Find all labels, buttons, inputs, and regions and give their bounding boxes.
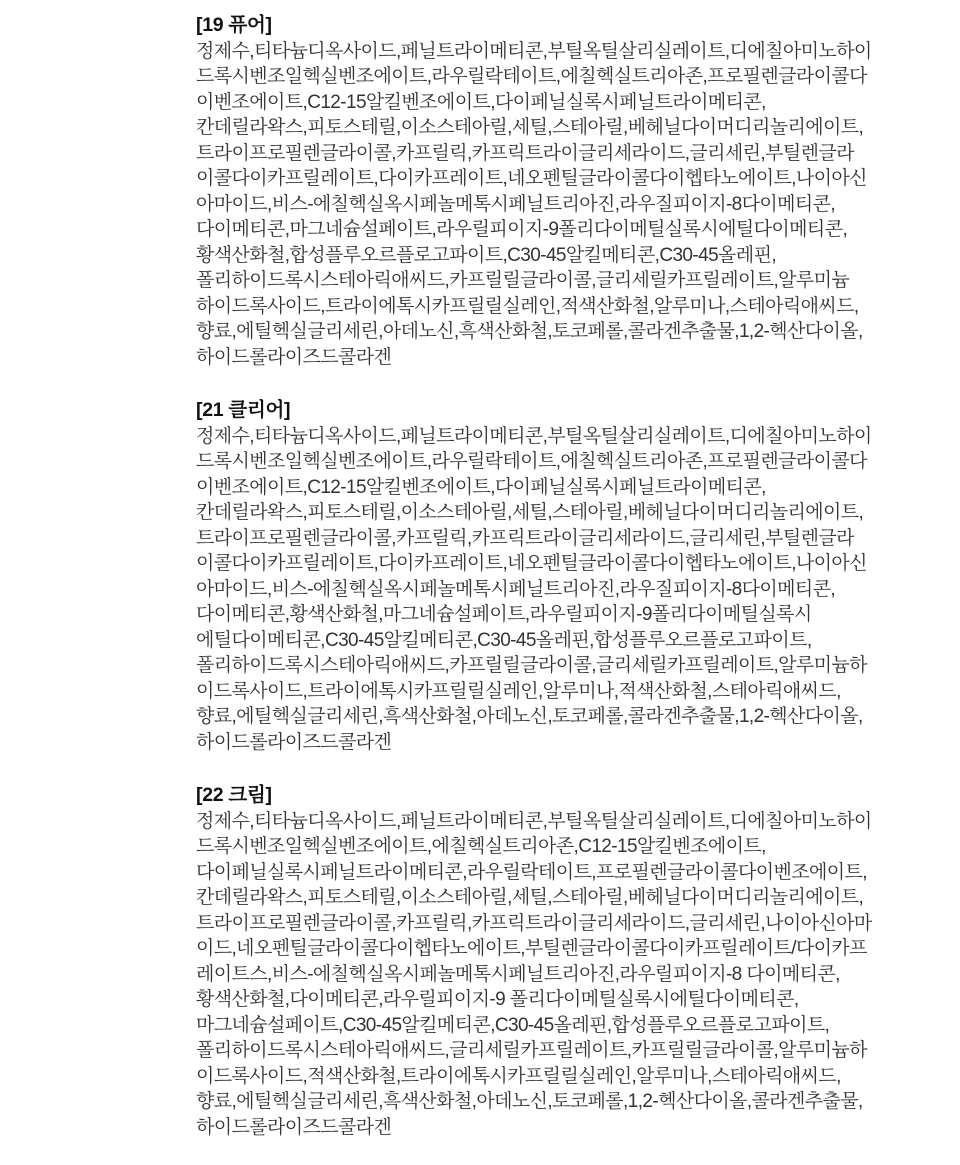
ingredient-line: 향료,에틸헥실글리세린,흑색산화철,아데노신,토코페롤,콜라겐추출물,1,2-헥… xyxy=(196,704,948,730)
ingredient-paragraph: 정제수,티타늄디옥사이드,페닐트라이메티콘,부틸옥틸살리실레이트,디에칠아미노하… xyxy=(196,39,948,371)
ingredient-line: 하이드롤라이즈드콜라겐 xyxy=(196,1115,948,1141)
ingredient-line: 트라이프로필렌글라이콜,카프릴릭,카프릭트라이글리세라이드,글리세린,부틸렌글라 xyxy=(196,526,948,552)
ingredient-line: 정제수,티타늄디옥사이드,페닐트라이메티콘,부틸옥틸살리실레이트,디에칠아미노하… xyxy=(196,809,948,835)
ingredient-paragraph: 정제수,티타늄디옥사이드,페닐트라이메티콘,부틸옥틸살리실레이트,디에칠아미노하… xyxy=(196,809,948,1141)
product-section: [21 클리어] 정제수,티타늄디옥사이드,페닐트라이메티콘,부틸옥틸살리실레이… xyxy=(196,398,948,755)
ingredient-line: 황색산화철,다이메티콘,라우릴피이지-9 폴리다이메틸실록시에틸다이메티콘, xyxy=(196,987,948,1013)
ingredient-paragraph: 정제수,티타늄디옥사이드,페닐트라이메티콘,부틸옥틸살리실레이트,디에칠아미노하… xyxy=(196,424,948,756)
ingredient-line: 다이메티콘,황색산화철,마그네슘설페이트,라우릴피이지-9폴리다이메틸실록시 xyxy=(196,602,948,628)
product-section: [19 퓨어] 정제수,티타늄디옥사이드,페닐트라이메티콘,부틸옥틸살리실레이트… xyxy=(196,13,948,370)
ingredient-line: 다이메티콘,마그네슘설페이트,라우릴피이지-9폴리다이메틸실록시에틸다이메티콘, xyxy=(196,217,948,243)
ingredient-line: 정제수,티타늄디옥사이드,페닐트라이메티콘,부틸옥틸살리실레이트,디에칠아미노하… xyxy=(196,424,948,450)
ingredient-sections: [19 퓨어] 정제수,티타늄디옥사이드,페닐트라이메티콘,부틸옥틸살리실레이트… xyxy=(196,13,948,1140)
ingredient-line: 이벤조에이트,C12-15알킬벤조에이트,다이페닐실록시페닐트라이메티콘, xyxy=(196,475,948,501)
ingredient-line: 드록시벤조일헥실벤조에이트,라우릴락테이트,에칠헥실트리아존,프로필렌글라이콜다 xyxy=(196,449,948,475)
ingredient-line: 트라이프로필렌글라이콜,카프릴릭,카프릭트라이글리세라이드,글리세린,나이아신아… xyxy=(196,911,948,937)
ingredient-line: 이벤조에이트,C12-15알킬벤조에이트,다이페닐실록시페닐트라이메티콘, xyxy=(196,90,948,116)
ingredient-line: 정제수,티타늄디옥사이드,페닐트라이메티콘,부틸옥틸살리실레이트,디에칠아미노하… xyxy=(196,39,948,65)
ingredient-line: 드록시벤조일헥실벤조에이트,에칠헥실트리아존,C12-15알킬벤조에이트, xyxy=(196,834,948,860)
ingredient-line: 아마이드,비스-에칠헥실옥시페놀메톡시페닐트리아진,라우질피이지-8다이메티콘, xyxy=(196,577,948,603)
ingredient-line: 폴리하이드록시스테아릭애씨드,카프릴릴글라이콜,글리세릴카프릴레이트,알루미늄하 xyxy=(196,653,948,679)
ingredient-line: 향료,에틸헥실글리세린,흑색산화철,아데노신,토코페롤,1,2-헥산다이올,콜라… xyxy=(196,1089,948,1115)
ingredient-line: 다이페닐실록시페닐트라이메티콘,라우릴락테이트,프로필렌글라이콜다이벤조에이트, xyxy=(196,860,948,886)
ingredient-line: 칸데릴라왁스,피토스테릴,이소스테아릴,세틸,스테아릴,베헤닐다이머디리놀리에이… xyxy=(196,115,948,141)
ingredient-line: 아마이드,비스-에칠헥실옥시페놀메톡시페닐트리아진,라우질피이지-8다이메티콘, xyxy=(196,192,948,218)
ingredient-line: 이콜다이카프릴레이트,다이카프레이트,네오펜틸글라이콜다이헵타노에이트,나이아신 xyxy=(196,166,948,192)
ingredient-line: 하이드롤라이즈드콜라겐 xyxy=(196,345,948,371)
ingredient-info: [19 퓨어] 정제수,티타늄디옥사이드,페닐트라이메티콘,부틸옥틸살리실레이트… xyxy=(196,13,948,1165)
ingredient-line: 칸데릴라왁스,피토스테릴,이소스테아릴,세틸,스테아릴,베헤닐다이머디리놀리에이… xyxy=(196,500,948,526)
product-section-header: [21 클리어] xyxy=(196,398,948,424)
ingredient-line: 향료,에틸헥실글리세린,아데노신,흑색산화철,토코페롤,콜라겐추출물,1,2-헥… xyxy=(196,319,948,345)
ingredient-line: 트라이프로필렌글라이콜,카프릴릭,카프릭트라이글리세라이드,글리세린,부틸렌글라 xyxy=(196,141,948,167)
ingredient-line: 이드록사이드,적색산화철,트라이에톡시카프릴릴실레인,알루미나,스테아릭애씨드, xyxy=(196,1064,948,1090)
product-section: [22 크림] 정제수,티타늄디옥사이드,페닐트라이메티콘,부틸옥틸살리실레이트… xyxy=(196,783,948,1140)
ingredient-line: 폴리하이드록시스테아릭애씨드,글리세릴카프릴레이트,카프릴릴글라이콜,알루미늄하 xyxy=(196,1038,948,1064)
ingredient-line: 레이트스,비스-에칠헥실옥시페놀메톡시페닐트리아진,라우릴피이지-8 다이메티콘… xyxy=(196,962,948,988)
ingredient-line: 하이드록사이드,트라이에톡시카프릴릴실레인,적색산화철,알루미나,스테아릭애씨드… xyxy=(196,294,948,320)
ingredient-line: 이드록사이드,트라이에톡시카프릴릴실레인,알루미나,적색산화철,스테아릭애씨드, xyxy=(196,679,948,705)
ingredient-line: 이드,네오펜틸글라이콜다이헵타노에이트,부틸렌글라이콜다이카프릴레이트/다이카프 xyxy=(196,936,948,962)
ingredient-line: 마그네슘설페이트,C30-45알킬메티콘,C30-45올레핀,합성플루오르플로고… xyxy=(196,1013,948,1039)
ingredient-line: 황색산화철,합성플루오르플로고파이트,C30-45알킬메티콘,C30-45올레핀… xyxy=(196,243,948,269)
ingredient-line: 에틸다이메티콘,C30-45알킬메티콘,C30-45올레핀,합성플루오르플로고파… xyxy=(196,628,948,654)
ingredient-line: 칸데릴라왁스,피토스테릴,이소스테아릴,세틸,스테아릴,베헤닐다이머디리놀리에이… xyxy=(196,885,948,911)
page: { "page": { "background_color": "#ffffff… xyxy=(0,0,960,1165)
ingredient-line: 하이드롤라이즈드콜라겐 xyxy=(196,730,948,756)
ingredient-line: 폴리하이드록시스테아릭애씨드,카프릴릴글라이콜,글리세릴카프릴레이트,알루미늄 xyxy=(196,268,948,294)
product-section-header: [22 크림] xyxy=(196,783,948,809)
product-section-header: [19 퓨어] xyxy=(196,13,948,39)
ingredient-line: 이콜다이카프릴레이트,다이카프레이트,네오펜틸글라이콜다이헵타노에이트,나이아신 xyxy=(196,551,948,577)
ingredient-line: 드록시벤조일헥실벤조에이트,라우릴락테이트,에칠헥실트리아존,프로필렌글라이콜다 xyxy=(196,64,948,90)
